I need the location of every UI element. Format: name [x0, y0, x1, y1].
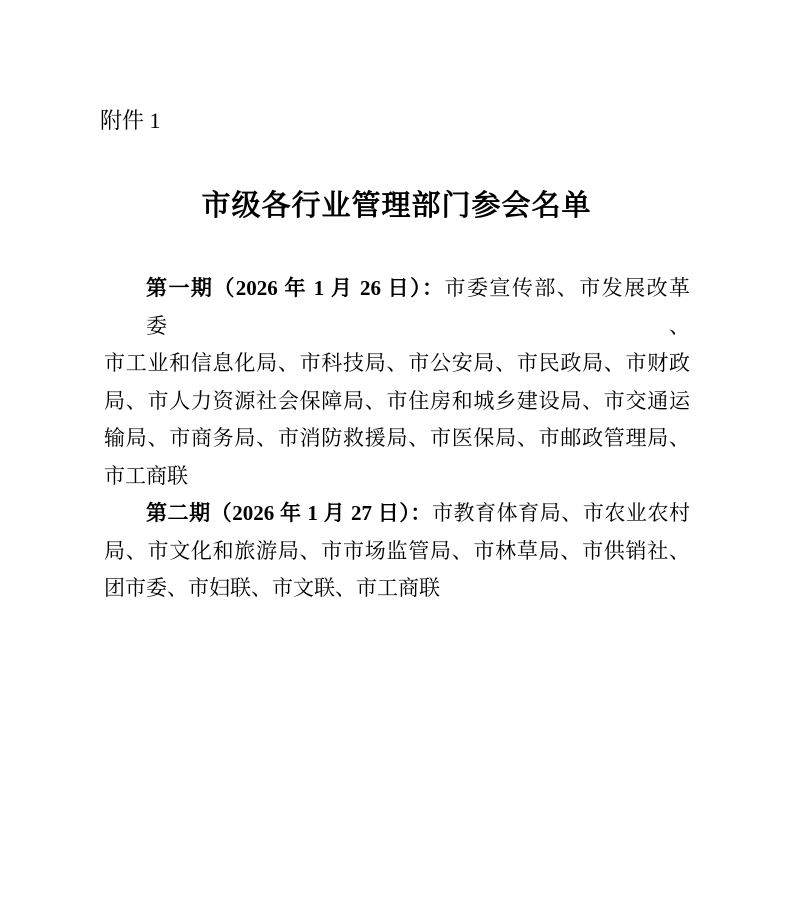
- document-body: 第一期（2026 年 1 月 26 日）：市委宣传部、市发展改革委、 市工业和信…: [104, 270, 690, 608]
- session-2-line-3: 团市委、市妇联、市文联、市工商联: [104, 570, 690, 608]
- session-1-line-4: 输局、市商务局、市消防救援局、市医保局、市邮政管理局、: [104, 420, 690, 458]
- session-1-line-1: 第一期（2026 年 1 月 26 日）：市委宣传部、市发展改革委、: [104, 270, 690, 345]
- session-1-date-lead: 第一期（2026 年 1 月 26 日）：: [146, 276, 445, 300]
- session-1-line-5: 市工商联: [104, 458, 690, 496]
- document-title: 市级各行业管理部门参会名单: [0, 189, 793, 224]
- attachment-label: 附件 1: [100, 108, 161, 134]
- session-2-paragraph: 第二期（2026 年 1 月 27 日）：市教育体育局、市农业农村 局、市文化和…: [104, 495, 690, 608]
- session-2-line-1: 第二期（2026 年 1 月 27 日）：市教育体育局、市农业农村: [104, 495, 690, 533]
- session-1-line-3: 局、市人力资源社会保障局、市住房和城乡建设局、市交通运: [104, 383, 690, 421]
- session-2-line-1-text: 市教育体育局、市农业农村: [432, 501, 690, 525]
- session-2-line-2: 局、市文化和旅游局、市市场监管局、市林草局、市供销社、: [104, 533, 690, 571]
- session-1-paragraph: 第一期（2026 年 1 月 26 日）：市委宣传部、市发展改革委、 市工业和信…: [104, 270, 690, 495]
- session-1-line-2: 市工业和信息化局、市科技局、市公安局、市民政局、市财政: [104, 345, 690, 383]
- document-page: 附件 1 市级各行业管理部门参会名单 第一期（2026 年 1 月 26 日）：…: [0, 0, 793, 919]
- session-2-date-lead: 第二期（2026 年 1 月 27 日）：: [146, 501, 432, 525]
